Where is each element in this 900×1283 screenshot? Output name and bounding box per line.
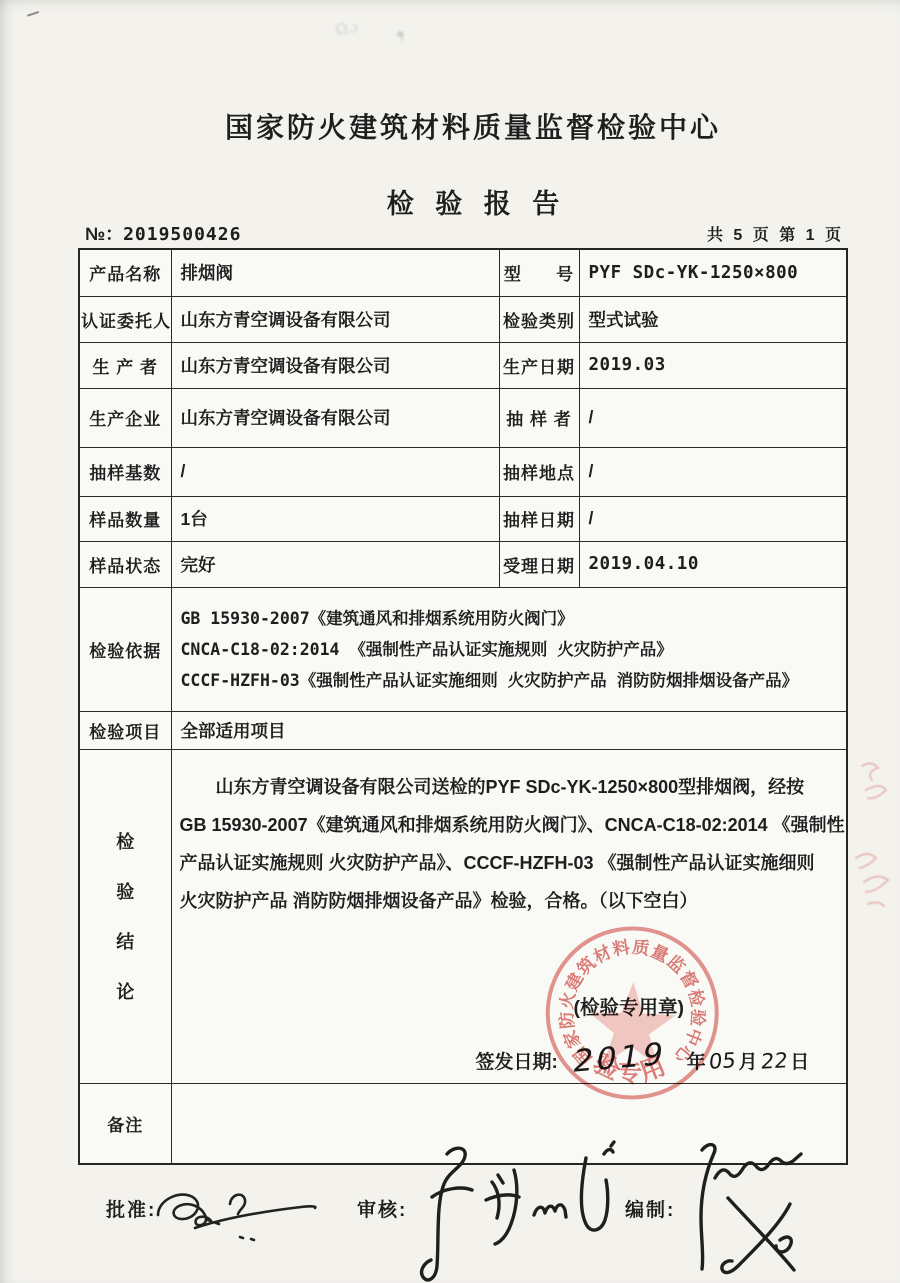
label-sampling-place: 抽样地点	[499, 447, 579, 496]
basis-line-3: CCCF-HZFH-03《强制性产品认证实施细则 火灾防护产品 消防防烟排烟设备…	[181, 665, 847, 696]
handwritten-month: 05	[708, 1048, 737, 1073]
handwritten-year: 2019	[570, 1036, 668, 1080]
issue-date-line: 签发日期: 2019 年 05 月 22 日	[476, 1040, 810, 1076]
year-unit: 年	[687, 1047, 706, 1074]
label-model: 型 号	[499, 249, 579, 296]
label-remark: 备注	[79, 1083, 171, 1164]
value-manufacturer: 山东方青空调设备有限公司	[171, 388, 499, 447]
basis-line-1: GB 15930-2007《建筑通风和排烟系统用防火阀门》	[181, 603, 847, 634]
value-sampling-date: /	[579, 496, 847, 541]
label-product-name: 产品名称	[79, 249, 171, 296]
basis-line-2: CNCA-C18-02:2014 《强制性产品认证实施规则 火灾防护产品》	[181, 634, 847, 665]
page-indicator: 共 5 页 第 1 页	[707, 222, 844, 245]
value-acceptance-date: 2019.04.10	[579, 541, 847, 587]
table-row: 生 产 者 山东方青空调设备有限公司 生产日期 2019.03	[79, 342, 847, 388]
conclusion-text: 山东方青空调设备有限公司送检的PYF SDc-YK-1250×800型排烟阀，经…	[180, 768, 843, 920]
value-producer: 山东方青空调设备有限公司	[171, 342, 499, 388]
value-model: PYF SDc-YK-1250×800	[579, 249, 847, 296]
report-number-value: 2019500426	[123, 224, 241, 245]
approve-signature	[158, 1195, 315, 1240]
label-sample-state: 样品状态	[79, 541, 171, 587]
conclusion-line-4: 火灾防护产品 消防防烟排烟设备产品》检验，合格。（以下空白）	[180, 882, 843, 920]
ink-bleed-mark	[848, 850, 896, 914]
value-sample-qty: 1台	[171, 496, 499, 541]
conclusion-char: 检	[116, 828, 134, 854]
report-title: 检 验 报 告	[46, 182, 900, 221]
value-conclusion: 山东方青空调设备有限公司送检的PYF SDc-YK-1250×800型排烟阀，经…	[171, 749, 847, 1083]
label-production-date: 生产日期	[499, 342, 579, 388]
label-producer: 生 产 者	[79, 342, 171, 388]
scan-smudge: ᘯᓗ	[334, 18, 359, 39]
conclusion-char: 验	[116, 878, 134, 904]
value-sampling-base: /	[171, 447, 499, 496]
label-test-type: 检验类别	[499, 296, 579, 342]
inspection-report-page: ᘯᓗ ᖳ 国家防火建筑材料质量监督检验中心 检 验 报 告 №：20195004…	[0, 0, 900, 1283]
review-label: 审核:	[357, 1195, 407, 1222]
value-product-name: 排烟阀	[171, 249, 499, 296]
report-number-label: №：	[85, 224, 123, 244]
handwritten-day: 22	[759, 1048, 788, 1073]
label-sample-qty: 样品数量	[79, 496, 171, 541]
value-test-type: 型式试验	[579, 296, 847, 342]
value-applicant: 山东方青空调设备有限公司	[171, 296, 499, 342]
issue-date-label: 签发日期:	[476, 1047, 558, 1074]
value-sampler: /	[579, 388, 847, 447]
label-test-items: 检验项目	[79, 711, 171, 749]
conclusion-line-2: GB 15930-2007《建筑通风和排烟系统用防火阀门》、CNCA-C18-0…	[180, 806, 843, 844]
label-sampling-date: 抽样日期	[499, 496, 579, 541]
approve-label: 批准:	[106, 1195, 156, 1222]
label-sampler: 抽 样 者	[499, 388, 579, 447]
conclusion-line-1: 山东方青空调设备有限公司送检的PYF SDc-YK-1250×800型排烟阀，经…	[180, 768, 843, 806]
conclusion-char: 论	[116, 978, 134, 1004]
table-row: 认证委托人 山东方青空调设备有限公司 检验类别 型式试验	[79, 296, 847, 342]
scan-mark	[25, 4, 39, 16]
label-sampling-base: 抽样基数	[79, 447, 171, 496]
table-row-basis: 检验依据 GB 15930-2007《建筑通风和排烟系统用防火阀门》 CNCA-…	[79, 587, 847, 711]
ink-bleed-mark	[856, 760, 896, 812]
label-acceptance-date: 受理日期	[499, 541, 579, 587]
table-row: 生产企业 山东方青空调设备有限公司 抽 样 者 /	[79, 388, 847, 447]
scan-smudge: ᖳ	[395, 29, 405, 47]
value-production-date: 2019.03	[579, 342, 847, 388]
month-unit: 月	[738, 1047, 757, 1074]
table-row: 产品名称 排烟阀 型 号 PYF SDc-YK-1250×800	[79, 249, 847, 296]
value-test-items: 全部适用项目	[171, 711, 847, 749]
report-table: 产品名称 排烟阀 型 号 PYF SDc-YK-1250×800 认证委托人 山…	[78, 248, 848, 1165]
organization-title: 国家防火建筑材料质量监督检验中心	[46, 106, 900, 146]
day-unit: 日	[790, 1047, 809, 1074]
table-row-conclusion: 检 验 结 论 山东方青空调设备有限公司送检的PYF SDc-YK-1250×8…	[79, 749, 847, 1083]
report-number: №：2019500426	[85, 220, 241, 246]
label-manufacturer: 生产企业	[79, 388, 171, 447]
value-remark	[171, 1083, 847, 1164]
table-row: 抽样基数 / 抽样地点 /	[79, 447, 847, 496]
table-row-items: 检验项目 全部适用项目	[79, 711, 847, 749]
table-row-remark: 备注	[79, 1083, 847, 1164]
table-row: 样品数量 1台 抽样日期 /	[79, 496, 847, 541]
label-conclusion: 检 验 结 论	[79, 749, 171, 1083]
value-sample-state: 完好	[171, 541, 499, 587]
label-test-basis: 检验依据	[79, 587, 171, 711]
conclusion-char: 结	[116, 928, 134, 954]
stamp-note-text: (检验专用章)	[574, 992, 685, 1020]
conclusion-line-3: 产品认证实施规则 火灾防护产品》、CCCF-HZFH-03 《强制性产品认证实施…	[180, 844, 843, 882]
value-sampling-place: /	[579, 447, 847, 496]
table-row: 样品状态 完好 受理日期 2019.04.10	[79, 541, 847, 587]
value-test-basis: GB 15930-2007《建筑通风和排烟系统用防火阀门》 CNCA-C18-0…	[171, 587, 847, 711]
prepare-label: 编制:	[625, 1195, 675, 1222]
label-applicant: 认证委托人	[79, 296, 171, 342]
